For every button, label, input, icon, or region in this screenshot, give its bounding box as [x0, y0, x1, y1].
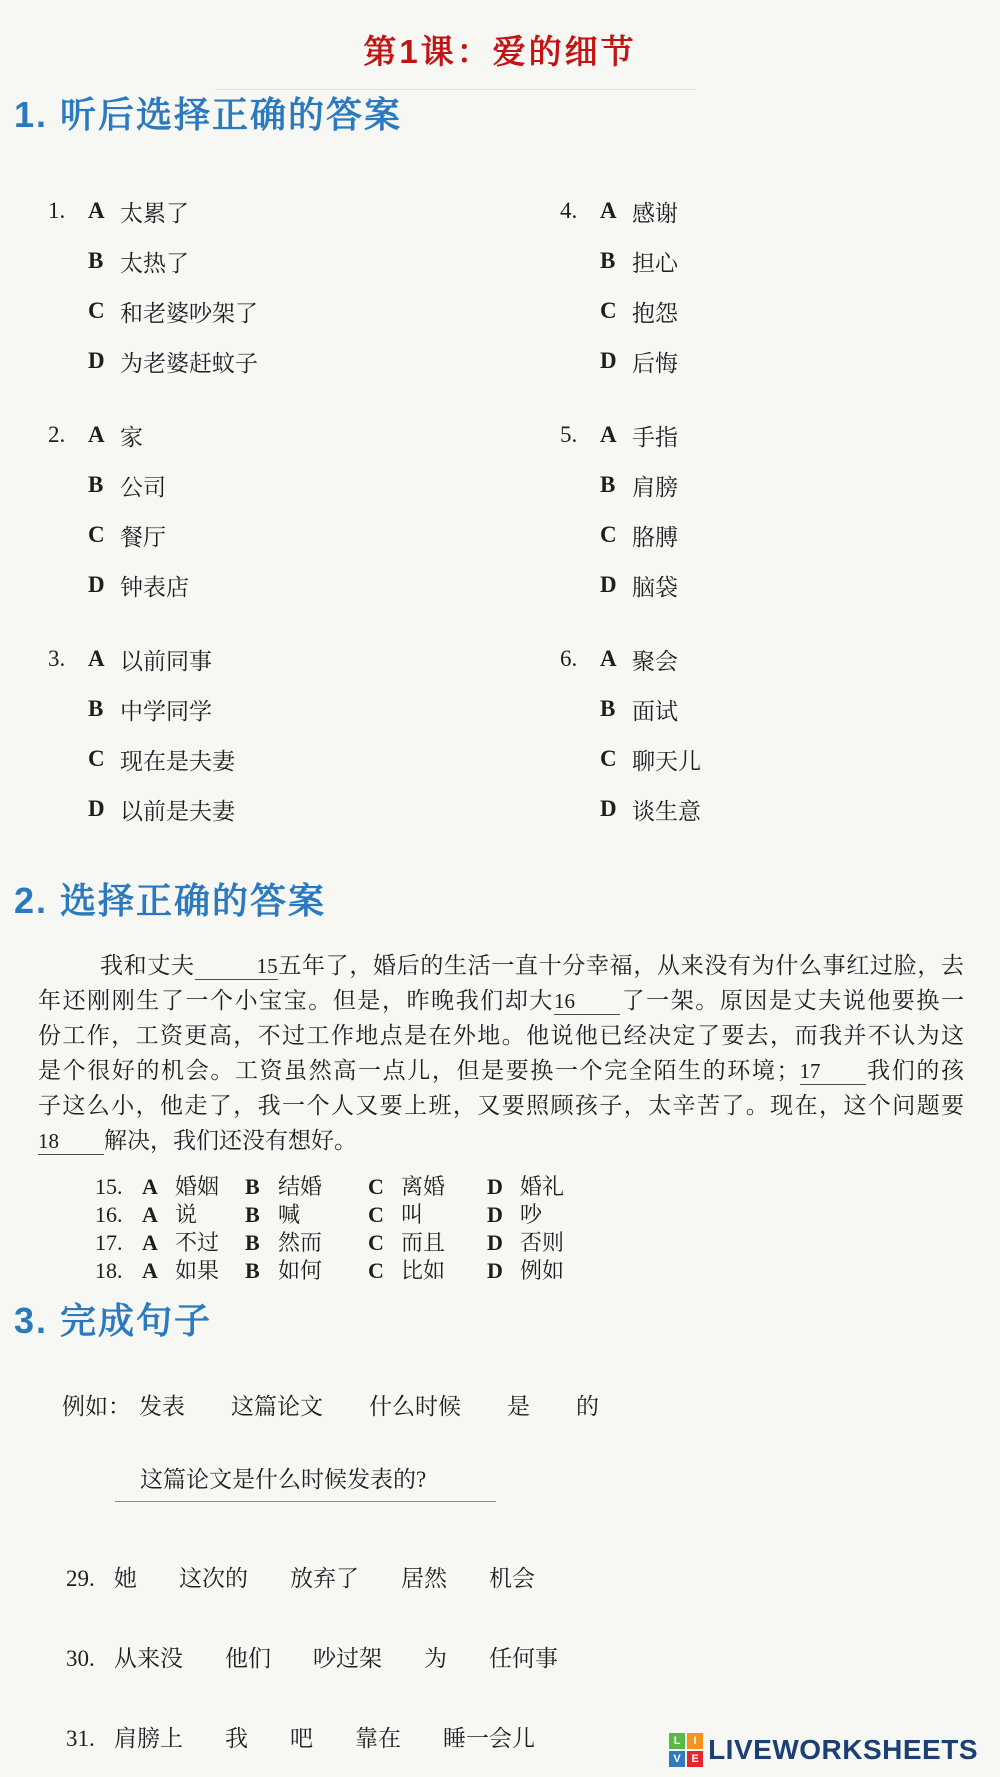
option-letter: C [368, 1202, 401, 1228]
option-text: 为老婆赶蚊子 [120, 345, 258, 378]
option-row[interactable]: 3.A以前同事 [48, 634, 560, 684]
liveworksheets-logo-icon: LIVE [669, 1733, 703, 1767]
option-letter: A [142, 1258, 175, 1284]
option-row[interactable]: B公司 [48, 460, 560, 510]
option-choice[interactable]: C离婚 [368, 1170, 487, 1201]
scrambled-word: 他们 [225, 1640, 271, 1673]
option-text: 不过 [175, 1230, 219, 1255]
option-letter: A [142, 1202, 175, 1228]
page-title: 第1课：爱的细节 [0, 0, 1000, 73]
example-word: 的 [576, 1388, 599, 1421]
cloze-blank-17[interactable]: 17 [800, 1058, 866, 1085]
question-number: 5. [560, 422, 600, 448]
option-letter: D [600, 572, 632, 598]
option-text: 例如 [520, 1258, 564, 1283]
option-row[interactable]: B担心 [560, 236, 1000, 286]
option-text: 谈生意 [632, 793, 701, 826]
question-number: 1. [48, 198, 88, 224]
option-choice[interactable]: 15.A婚姻 [95, 1170, 245, 1201]
option-text: 如何 [278, 1258, 322, 1283]
option-text: 胳膊 [632, 519, 678, 552]
option-text: 婚礼 [520, 1174, 564, 1199]
questions-column-right: 4.A感谢B担心C抱怨D后悔5.A手指B肩膀C胳膊D脑袋6.A聚会B面试C聊天儿… [560, 186, 1000, 858]
option-row[interactable]: D为老婆赶蚊子 [48, 336, 560, 386]
option-letter: C [600, 522, 632, 548]
question-number: 18. [95, 1258, 142, 1284]
cloze-blank-15[interactable]: 15 [195, 953, 278, 980]
scrambled-word: 吧 [290, 1720, 313, 1753]
example-word: 这篇论文 [231, 1388, 323, 1421]
option-letter: C [368, 1230, 401, 1256]
option-letter: A [88, 646, 120, 672]
option-choice[interactable]: B然而 [245, 1226, 368, 1257]
question-number: 2. [48, 422, 88, 448]
option-letter: C [600, 746, 632, 772]
scrambled-word: 睡一会儿 [443, 1720, 535, 1753]
example-answer-line: 这篇论文是什么时候发表的? [115, 1461, 496, 1502]
example-word: 是 [507, 1388, 530, 1421]
option-text: 以前同事 [120, 643, 212, 676]
option-letter: B [245, 1230, 278, 1256]
cloze-option-row-16: 16.A说B喊C叫D吵 [95, 1198, 1000, 1226]
option-text: 脑袋 [632, 569, 678, 602]
option-letter: A [88, 198, 120, 224]
option-choice[interactable]: D吵 [487, 1198, 1000, 1229]
section3-heading: 3. 完成句子 [14, 1300, 1000, 1342]
option-letter: D [88, 572, 120, 598]
scrambled-word: 靠在 [355, 1720, 401, 1753]
option-text: 餐厅 [120, 519, 166, 552]
option-letter: C [600, 298, 632, 324]
option-letter: B [245, 1258, 278, 1284]
option-row[interactable]: 5.A手指 [560, 410, 1000, 460]
section1-questions: 1.A太累了B太热了C和老婆吵架了D为老婆赶蚊子2.A家B公司C餐厅D钟表店3.… [48, 186, 1000, 858]
option-letter: B [88, 248, 120, 274]
item-number: 29. [66, 1566, 114, 1592]
option-letter: A [600, 198, 632, 224]
scrambled-word: 肩膀上 [114, 1720, 183, 1753]
option-letter: C [88, 298, 120, 324]
option-letter: A [600, 422, 632, 448]
scrambled-word: 为 [424, 1640, 447, 1673]
passage-text: 我和丈夫 [100, 953, 195, 978]
example-label: 例如： [62, 1388, 131, 1421]
logo-tile-l: L [669, 1733, 685, 1749]
option-letter: D [487, 1202, 520, 1228]
sentence-item-30: 30.从来没他们吵过架为任何事 [66, 1640, 1000, 1673]
option-letter: B [88, 696, 120, 722]
example-word: 发表 [139, 1388, 185, 1421]
option-letter: C [88, 746, 120, 772]
option-text: 聊天儿 [632, 743, 701, 776]
option-row[interactable]: C餐厅 [48, 510, 560, 560]
scrambled-word: 这次的 [179, 1560, 248, 1593]
questions-column-left: 1.A太累了B太热了C和老婆吵架了D为老婆赶蚊子2.A家B公司C餐厅D钟表店3.… [48, 186, 560, 858]
question-number: 17. [95, 1230, 142, 1256]
question-number: 16. [95, 1202, 142, 1228]
passage-line: 年还刚刚生了一个小宝宝。但是，昨晚我们却大16了一架。原因是丈夫说他要换一 [38, 983, 964, 1018]
passage-line: 我和丈夫15五年了，婚后的生活一直十分幸福，从来没有为什么事红过脸，去 [38, 948, 964, 983]
option-letter: A [88, 422, 120, 448]
option-letter: C [88, 522, 120, 548]
option-row[interactable]: 4.A感谢 [560, 186, 1000, 236]
option-letter: B [600, 472, 632, 498]
logo-tile-i: I [687, 1733, 703, 1749]
item-number: 31. [66, 1726, 114, 1752]
option-text: 肩膀 [632, 469, 678, 502]
option-letter: D [600, 796, 632, 822]
scrambled-word: 任何事 [489, 1640, 558, 1673]
option-choice[interactable]: B如何 [245, 1254, 368, 1285]
option-choice[interactable]: B喊 [245, 1198, 368, 1229]
passage-text: 了一架。原因是丈夫说他要换一 [620, 988, 964, 1013]
scrambled-word: 从来没 [114, 1640, 183, 1673]
liveworksheets-logo: LIVE LIVEWORKSHEETS [669, 1733, 978, 1767]
title-divider [215, 89, 695, 90]
option-letter: A [142, 1174, 175, 1200]
option-choice[interactable]: C而且 [368, 1226, 487, 1257]
cloze-blank-16[interactable]: 16 [554, 988, 620, 1015]
question-2: 2.A家B公司C餐厅D钟表店 [48, 410, 560, 610]
option-letter: D [88, 348, 120, 374]
option-row[interactable]: 6.A聚会 [560, 634, 1000, 684]
option-text: 后悔 [632, 345, 678, 378]
question-number: 4. [560, 198, 600, 224]
option-choice[interactable]: C比如 [368, 1254, 487, 1285]
option-row[interactable]: 1.A太累了 [48, 186, 560, 236]
option-letter: D [487, 1174, 520, 1200]
option-letter: D [600, 348, 632, 374]
option-text: 离婚 [401, 1174, 445, 1199]
question-4: 4.A感谢B担心C抱怨D后悔 [560, 186, 1000, 386]
option-text: 钟表店 [120, 569, 189, 602]
sentence-items: 29.她这次的放弃了居然机会30.从来没他们吵过架为任何事31.肩膀上我吧靠在睡… [0, 1560, 1000, 1753]
option-letter: A [600, 646, 632, 672]
passage-line: 子这么小，他走了，我一个人又要上班，又要照顾孩子，太辛苦了。现在，这个问题要 [38, 1088, 964, 1123]
option-letter: D [487, 1230, 520, 1256]
option-row[interactable]: C胳膊 [560, 510, 1000, 560]
option-row[interactable]: D钟表店 [48, 560, 560, 610]
passage-text: 我们的孩 [866, 1058, 964, 1083]
option-row[interactable]: C聊天儿 [560, 734, 1000, 784]
option-text: 太热了 [120, 245, 189, 278]
passage-line: 18解决，我们还没有想好。 [38, 1123, 964, 1158]
option-text: 结婚 [278, 1174, 322, 1199]
passage-line: 是个很好的机会。工资虽然高一点儿，但是要换一个完全陌生的环境；17我们的孩 [38, 1053, 964, 1088]
option-row[interactable]: D后悔 [560, 336, 1000, 386]
cloze-option-row-17: 17.A不过B然而C而且D否则 [95, 1226, 1000, 1254]
option-text: 公司 [120, 469, 166, 502]
scrambled-word: 吵过架 [313, 1640, 382, 1673]
option-text: 太累了 [120, 195, 189, 228]
option-row[interactable]: D谈生意 [560, 784, 1000, 834]
question-1: 1.A太累了B太热了C和老婆吵架了D为老婆赶蚊子 [48, 186, 560, 386]
cloze-option-row-15: 15.A婚姻B结婚C离婚D婚礼 [95, 1170, 1000, 1198]
option-text: 婚姻 [175, 1174, 219, 1199]
option-row[interactable]: D以前是夫妻 [48, 784, 560, 834]
sentence-item-29: 29.她这次的放弃了居然机会 [66, 1560, 1000, 1593]
option-text: 现在是夫妻 [120, 743, 235, 776]
option-text: 而且 [401, 1230, 445, 1255]
option-text: 叫 [401, 1202, 423, 1227]
section1-heading: 1. 听后选择正确的答案 [14, 94, 1000, 136]
passage-text: 五年了，婚后的生活一直十分幸福，从来没有为什么事红过脸，去 [278, 953, 964, 978]
option-letter: B [245, 1174, 278, 1200]
section2-heading: 2. 选择正确的答案 [14, 880, 1000, 922]
option-text: 如果 [175, 1258, 219, 1283]
logo-tile-e: E [687, 1751, 703, 1767]
option-letter: A [142, 1230, 175, 1256]
option-text: 手指 [632, 419, 678, 452]
option-text: 面试 [632, 693, 678, 726]
passage-text: 子这么小，他走了，我一个人又要上班，又要照顾孩子，太辛苦了。现在，这个问题要 [38, 1093, 964, 1118]
option-row[interactable]: D脑袋 [560, 560, 1000, 610]
option-text: 担心 [632, 245, 678, 278]
question-number: 15. [95, 1174, 142, 1200]
option-row[interactable]: B中学同学 [48, 684, 560, 734]
option-text: 否则 [520, 1230, 564, 1255]
option-text: 以前是夫妻 [120, 793, 235, 826]
option-text: 比如 [401, 1258, 445, 1283]
option-letter: D [88, 796, 120, 822]
option-text: 抱怨 [632, 295, 678, 328]
option-row[interactable]: C抱怨 [560, 286, 1000, 336]
liveworksheets-logo-text: LIVEWORKSHEETS [708, 1734, 978, 1766]
option-letter: D [487, 1258, 520, 1284]
item-number: 30. [66, 1646, 114, 1672]
option-row[interactable]: C和老婆吵架了 [48, 286, 560, 336]
example-answer-row: 这篇论文是什么时候发表的? [0, 1461, 1000, 1502]
option-text: 聚会 [632, 643, 678, 676]
example-word: 什么时候 [369, 1388, 461, 1421]
question-5: 5.A手指B肩膀C胳膊D脑袋 [560, 410, 1000, 610]
option-letter: B [600, 696, 632, 722]
option-letter: B [600, 248, 632, 274]
option-text: 感谢 [632, 195, 678, 228]
option-letter: C [368, 1258, 401, 1284]
option-letter: C [368, 1174, 401, 1200]
option-row[interactable]: B面试 [560, 684, 1000, 734]
worksheet-page: 第1课：爱的细节 1. 听后选择正确的答案 1.A太累了B太热了C和老婆吵架了D… [0, 0, 1000, 1777]
option-row[interactable]: B太热了 [48, 236, 560, 286]
option-text: 然而 [278, 1230, 322, 1255]
scrambled-word: 她 [114, 1560, 137, 1593]
question-6: 6.A聚会B面试C聊天儿D谈生意 [560, 634, 1000, 834]
option-text: 说 [175, 1202, 197, 1227]
passage-text: 解决，我们还没有想好。 [104, 1128, 357, 1153]
option-text: 喊 [278, 1202, 300, 1227]
scrambled-word: 居然 [401, 1560, 447, 1593]
cloze-passage: 我和丈夫15五年了，婚后的生活一直十分幸福，从来没有为什么事红过脸，去年还刚刚生… [38, 948, 964, 1158]
option-choice[interactable]: 17.A不过 [95, 1226, 245, 1257]
option-choice[interactable]: D例如 [487, 1254, 1000, 1285]
scrambled-word: 放弃了 [290, 1560, 359, 1593]
cloze-blank-18[interactable]: 18 [38, 1128, 104, 1155]
option-row[interactable]: C现在是夫妻 [48, 734, 560, 784]
option-text: 中学同学 [120, 693, 212, 726]
option-choice[interactable]: B结婚 [245, 1170, 368, 1201]
option-choice[interactable]: 18.A如果 [95, 1254, 245, 1285]
option-letter: B [245, 1202, 278, 1228]
passage-line: 份工作，工资更高，不过工作地点是在外地。他说他已经决定了要去，而我并不认为这 [38, 1018, 964, 1053]
example-row: 例如： 发表这篇论文什么时候是的 [62, 1388, 1000, 1421]
passage-text: 份工作，工资更高，不过工作地点是在外地。他说他已经决定了要去，而我并不认为这 [38, 1023, 964, 1048]
option-choice[interactable]: D否则 [487, 1226, 1000, 1257]
scrambled-word: 我 [225, 1720, 248, 1753]
cloze-option-row-18: 18.A如果B如何C比如D例如 [95, 1254, 1000, 1282]
option-letter: B [88, 472, 120, 498]
passage-text: 是个很好的机会。工资虽然高一点儿，但是要换一个完全陌生的环境； [38, 1058, 800, 1083]
passage-text: 年还刚刚生了一个小宝宝。但是，昨晚我们却大 [38, 988, 554, 1013]
question-3: 3.A以前同事B中学同学C现在是夫妻D以前是夫妻 [48, 634, 560, 834]
option-text: 吵 [520, 1202, 542, 1227]
scrambled-word: 机会 [489, 1560, 535, 1593]
logo-tile-v: V [669, 1751, 685, 1767]
option-choice[interactable]: D婚礼 [487, 1170, 1000, 1201]
example-words: 发表这篇论文什么时候是的 [139, 1388, 645, 1421]
option-text: 家 [120, 419, 143, 452]
option-choice[interactable]: 16.A说 [95, 1198, 245, 1229]
section2-options: 15.A婚姻B结婚C离婚D婚礼16.A说B喊C叫D吵17.A不过B然而C而且D否… [95, 1170, 1000, 1282]
option-choice[interactable]: C叫 [368, 1198, 487, 1229]
option-row[interactable]: B肩膀 [560, 460, 1000, 510]
question-number: 6. [560, 646, 600, 672]
option-text: 和老婆吵架了 [120, 295, 258, 328]
option-row[interactable]: 2.A家 [48, 410, 560, 460]
question-number: 3. [48, 646, 88, 672]
